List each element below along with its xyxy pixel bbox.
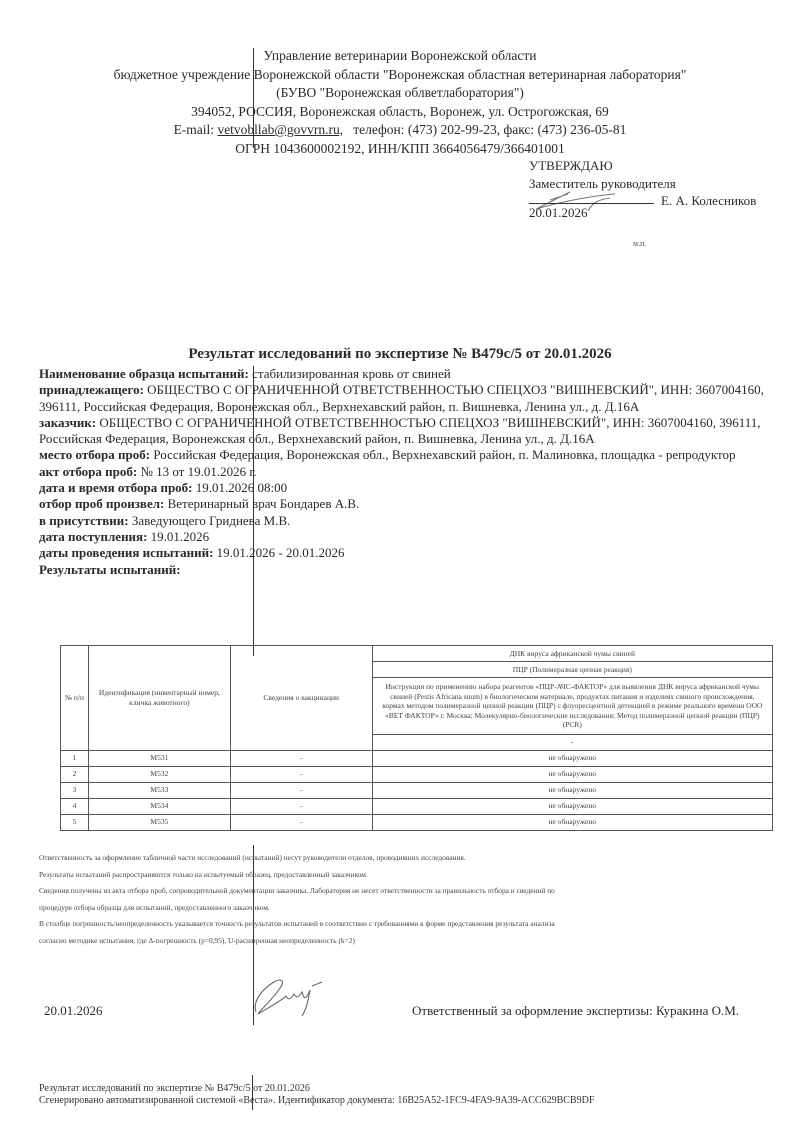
cell-number: 5 [61,814,89,830]
field-label: даты проведения испытаний: [39,545,213,560]
field-value: 19.01.2026 [151,529,210,544]
footer-date: 20.01.2026 [44,1003,103,1019]
approval-block: УТВЕРЖДАЮ Заместитель руководителя [529,157,676,193]
table-row: 3 M533 - не обнаружено [61,782,773,798]
field-value: Ветеринарный врач Бондарев А.В. [168,496,360,511]
field-value: Российская Федерация, Воронежская обл., … [153,447,735,462]
note-responsibility: Ответственность за оформление табличной … [39,850,789,867]
field-value: Заведующего Гриднева М.В. [132,513,291,528]
approver-name: Е. А. Колесников [661,193,756,209]
field-value: 19.01.2026 - 20.01.2026 [217,545,345,560]
cell-result: не обнаружено [372,750,772,766]
field-label: дата поступления: [39,529,147,544]
note-source: Сведения получены из акта отбора проб, с… [39,883,789,900]
document-title: Результат исследований по экспертизе № В… [0,346,800,363]
phone-fax: телефон: (473) 202-99-23, факс: (473) 23… [353,122,626,137]
cell-vaccination: - [230,750,372,766]
note-source-cont: процедуре отбора образца для испытаний, … [39,900,789,917]
field-label: заказчик: [39,415,96,430]
col-header-units: - [372,734,772,750]
responsible-person: Ответственный за оформление экспертизы: … [412,1003,739,1019]
email-label: E-mail: [174,122,215,137]
field-sample-name: Наименование образца испытаний: стабилиз… [39,366,784,382]
note-uncertainty-cont: согласно методике испытания, где Δ-погре… [39,933,789,950]
cell-number: 3 [61,782,89,798]
field-label: в присутствии: [39,513,129,528]
cell-result: не обнаружено [372,798,772,814]
cell-id: M534 [88,798,230,814]
field-label: отбор проб произвел: [39,496,164,511]
email-link[interactable]: vetvobllab@govvrn.ru, [217,122,343,137]
sample-info: Наименование образца испытаний: стабилиз… [39,366,784,578]
col-header-method-description: Инструкция по применению набора реагенто… [372,678,772,735]
cell-number: 4 [61,798,89,814]
col-header-method: ПЦР (Полимеразная цепная реакция) [372,662,772,678]
field-in-presence: в присутствии: Заведующего Гриднева М.В. [39,513,784,529]
cell-result: не обнаружено [372,766,772,782]
field-owner: принадлежащего: ОБЩЕСТВО С ОГРАНИЧЕННОЙ … [39,382,784,415]
field-customer: заказчик: ОБЩЕСТВО С ОГРАНИЧЕННОЙ ОТВЕТС… [39,415,784,448]
field-label: акт отбора проб: [39,464,137,479]
field-label: Наименование образца испытаний: [39,366,249,381]
field-sampled-by: отбор проб произвел: Ветеринарный врач Б… [39,496,784,512]
document-footer: Результат исследований по экспертизе № В… [39,1083,594,1107]
field-label: принадлежащего: [39,382,144,397]
cell-id: M535 [88,814,230,830]
cell-id: M532 [88,766,230,782]
cell-number: 2 [61,766,89,782]
field-label: дата и время отбора проб: [39,480,193,495]
col-header-identification: Идентификация (инвентарный номер, кличка… [88,646,230,751]
header-authority: Управление ветеринарии Воронежской облас… [0,47,800,66]
cell-vaccination: - [230,766,372,782]
cell-number: 1 [61,750,89,766]
field-value: № 13 от 19.01.2026 г. [140,464,256,479]
approval-date: 20.01.2026 [529,205,588,221]
note-uncertainty: В столбце погрешность/неопределенность у… [39,916,789,933]
header-contacts: E-mail: vetvobllab@govvrn.ru, телефон: (… [0,121,800,140]
field-test-dates: даты проведения испытаний: 19.01.2026 - … [39,545,784,561]
table-row: 1 M531 - не обнаружено [61,750,773,766]
cell-vaccination: - [230,782,372,798]
field-value: ОБЩЕСТВО С ОГРАНИЧЕННОЙ ОТВЕТСТВЕННОСТЬЮ… [39,415,761,446]
header-institution: бюджетное учреждение Воронежской области… [0,66,800,85]
header-short-name: (БУВО "Воронежская облветлаборатория") [0,84,800,103]
results-heading: Результаты испытаний: [39,562,784,578]
header-address: 394052, РОССИЯ, Воронежская область, Вор… [0,103,800,122]
cell-result: не обнаружено [372,814,772,830]
footer-doc-ref: Результат исследований по экспертизе № В… [39,1083,594,1095]
footer-generated-by: Сгенерировано автоматизированной системо… [39,1095,594,1107]
col-header-number: № п/п [61,646,89,751]
cell-id: M531 [88,750,230,766]
table-row: 5 M535 - не обнаружено [61,814,773,830]
field-sampling-datetime: дата и время отбора проб: 19.01.2026 08:… [39,480,784,496]
col-header-indicator: ДНК вируса африканской чумы свиней [372,646,772,662]
field-value: стабилизированная кровь от свиней [252,366,451,381]
note-scope: Результаты испытаний распространяются то… [39,867,789,884]
cell-id: M533 [88,782,230,798]
header-registration: ОГРН 1043600002192, ИНН/КПП 3664056479/3… [0,140,800,159]
cell-vaccination: - [230,798,372,814]
table-row: 4 M534 - не обнаружено [61,798,773,814]
signature-line [529,203,654,204]
field-sampling-place: место отбора проб: Российская Федерация,… [39,447,784,463]
responsible-signature-icon [250,970,340,1020]
field-label: место отбора проб: [39,447,150,462]
organization-header: Управление ветеринарии Воронежской облас… [0,47,800,158]
notes-block: Ответственность за оформление табличной … [39,850,789,949]
field-sampling-act: акт отбора проб: № 13 от 19.01.2026 г. [39,464,784,480]
field-value: 19.01.2026 08:00 [196,480,287,495]
col-header-vaccination: Сведения о вакцинации [230,646,372,751]
cell-result: не обнаружено [372,782,772,798]
stamp-place: м.п. [633,239,646,248]
cell-vaccination: - [230,814,372,830]
approval-title: УТВЕРЖДАЮ [529,157,676,175]
results-table: № п/п Идентификация (инвентарный номер, … [60,645,773,831]
table-row: 2 M532 - не обнаружено [61,766,773,782]
field-received-date: дата поступления: 19.01.2026 [39,529,784,545]
field-value: ОБЩЕСТВО С ОГРАНИЧЕННОЙ ОТВЕТСТВЕННОСТЬЮ… [39,382,764,413]
